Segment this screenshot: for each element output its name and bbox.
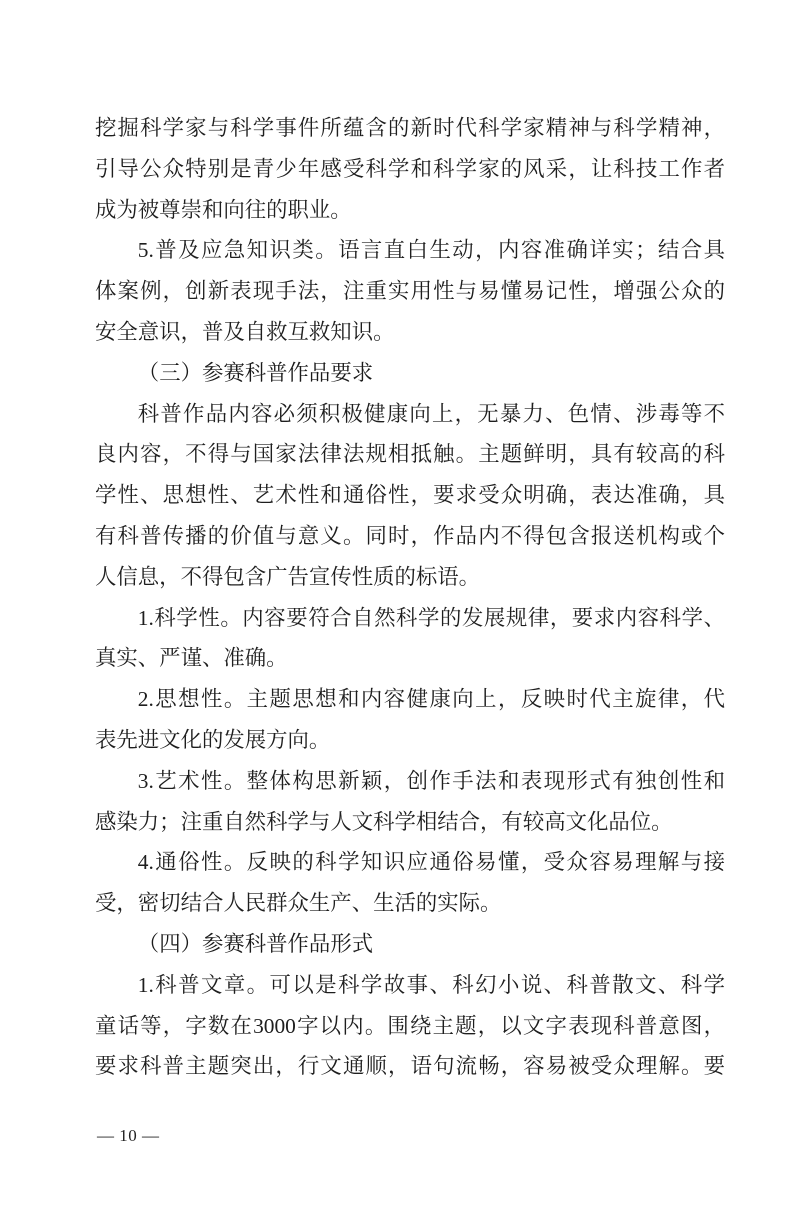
- text-line: 要求科普主题突出，行文通顺，语句流畅，容易被受众理解。要: [95, 1046, 725, 1087]
- text-line: 4.通俗性。反映的科学知识应通俗易懂，受众容易理解与接: [95, 842, 725, 883]
- text-line: 2.思想性。主题思想和内容健康向上，反映时代主旋律，代: [95, 679, 725, 720]
- section-heading: （四）参赛科普作品形式: [95, 924, 725, 965]
- text-line: 人信息，不得包含广告宣传性质的标语。: [95, 557, 725, 598]
- text-line: 成为被尊崇和向往的职业。: [95, 190, 725, 231]
- document-page: 挖掘科学家与科学事件所蕴含的新时代科学家精神与科学精神，引导公众特别是青少年感受…: [0, 0, 800, 1229]
- text-line: 3.艺术性。整体构思新颖，创作手法和表现形式有独创性和: [95, 761, 725, 802]
- text-line: 1.科学性。内容要符合自然科学的发展规律，要求内容科学、: [95, 598, 725, 639]
- page-number: — 10 —: [97, 1124, 160, 1148]
- text-line: 5.普及应急知识类。语言直白生动，内容准确详实；结合具: [95, 230, 725, 271]
- text-line: 引导公众特别是青少年感受科学和科学家的风采，让科技工作者: [95, 149, 725, 190]
- text-line: 安全意识，普及自救互救知识。: [95, 312, 725, 353]
- document-text-block: 挖掘科学家与科学事件所蕴含的新时代科学家精神与科学精神，引导公众特别是青少年感受…: [95, 108, 725, 1087]
- text-line: 良内容，不得与国家法律法规相抵触。主题鲜明，具有较高的科: [95, 434, 725, 475]
- text-line: 真实、严谨、准确。: [95, 638, 725, 679]
- text-line: 受，密切结合人民群众生产、生活的实际。: [95, 883, 725, 924]
- text-line: 有科普传播的价值与意义。同时，作品内不得包含报送机构或个: [95, 516, 725, 557]
- text-line: 表先进文化的发展方向。: [95, 720, 725, 761]
- text-line: 体案例，创新表现手法，注重实用性与易懂易记性，增强公众的: [95, 271, 725, 312]
- text-line: 感染力；注重自然科学与人文科学相结合，有较高文化品位。: [95, 802, 725, 843]
- text-line: 挖掘科学家与科学事件所蕴含的新时代科学家精神与科学精神，: [95, 108, 725, 149]
- text-line: 童话等，字数在3000字以内。围绕主题，以文字表现科普意图，: [95, 1006, 725, 1047]
- text-line: 科普作品内容必须积极健康向上，无暴力、色情、涉毒等不: [95, 394, 725, 435]
- section-heading: （三）参赛科普作品要求: [95, 353, 725, 394]
- text-line: 学性、思想性、艺术性和通俗性，要求受众明确，表达准确，具: [95, 475, 725, 516]
- text-line: 1.科普文章。可以是科学故事、科幻小说、科普散文、科学: [95, 965, 725, 1006]
